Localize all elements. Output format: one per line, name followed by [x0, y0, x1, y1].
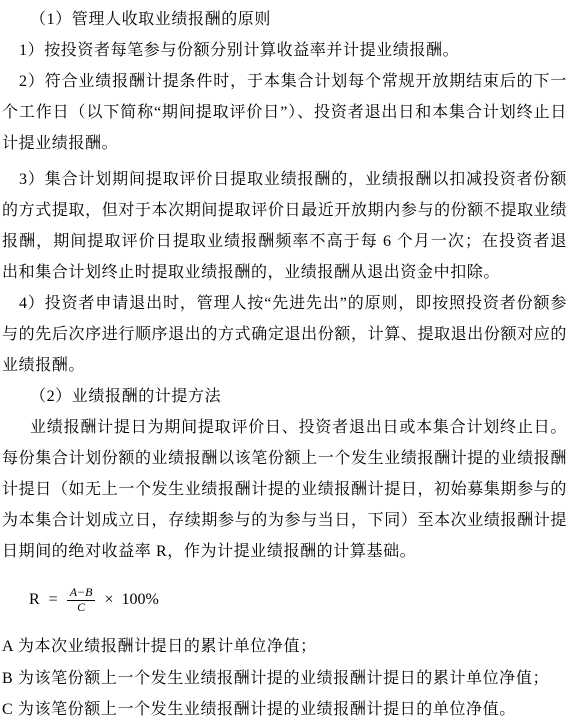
formula-multiply-sign: × [104, 591, 113, 608]
definition-variable-b: B 为该笔份额上一个发生业绩报酬计提的业绩报酬计提日的累计单位净值； [2, 663, 567, 695]
formula-numerator: A−B [67, 586, 96, 601]
formula-equals-sign: = [49, 591, 58, 608]
definition-variable-a: A 为本次业绩报酬计提日的累计单位净值； [2, 631, 567, 663]
formula-fraction: A−B C [67, 586, 96, 614]
clause-1: 1）按投资者每笔参与份额分别计算收益率并计提业绩报酬。 [2, 35, 567, 66]
definition-variable-c: C 为该笔份额上一个发生业绩报酬计提的业绩报酬计提日的单位净值。 [2, 694, 567, 726]
return-rate-formula: R = A−B C × 100% [29, 582, 567, 618]
formula-variable-r: R [29, 591, 40, 608]
clause-4: 4）投资者申请退出时，管理人按“先进先出”的原则，即按照投资者份额参与的先后次序… [2, 288, 567, 381]
formula-percentage-value: 100% [122, 591, 159, 608]
accrual-method-paragraph: 业绩报酬计提日为期间提取评价日、投资者退出日或本集合计划终止日。每份集合计划份额… [2, 412, 567, 567]
heading-fee-collection-principles: （1）管理人收取业绩报酬的原则 [2, 4, 567, 35]
formula-denominator: C [67, 601, 96, 614]
clause-3: 3）集合计划期间提取评价日提取业绩报酬的，业绩报酬以扣减投资者份额的方式提取，但… [2, 164, 567, 288]
document-page: （1）管理人收取业绩报酬的原则 1）按投资者每笔参与份额分别计算收益率并计提业绩… [0, 0, 569, 728]
clause-2: 2）符合业绩报酬计提条件时，于本集合计划每个常规开放期结束后的下一个工作日（以下… [2, 66, 567, 159]
heading-fee-accrual-method: （2）业绩报酬的计提方法 [2, 381, 567, 412]
